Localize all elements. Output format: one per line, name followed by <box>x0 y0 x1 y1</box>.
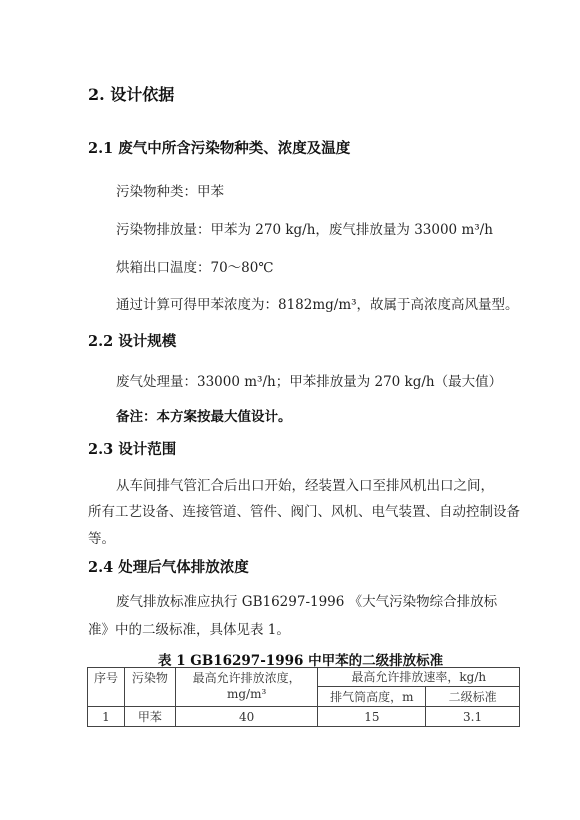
scope-line-1: 从车间排气管汇合后出口开始，经装置入口至排风机出口之间， <box>116 474 494 494</box>
design-note: 备注：本方案按最大值设计。 <box>116 405 292 425</box>
section-title: 2. 设计依据 <box>88 82 174 105</box>
subsection-title-2-4: 2.4 处理后气体排放浓度 <box>88 556 249 577</box>
cell-no: 1 <box>88 707 125 727</box>
cell-max-concentration: 40 <box>175 707 318 727</box>
standard-line-2: 准》中的二级标准，具体见表 1。 <box>88 618 290 638</box>
scope-line-2: 所有工艺设备、连接管道、管件、阀门、风机、电气装置、自动控制设备 <box>88 500 520 520</box>
header-no: 序号 <box>88 668 125 707</box>
header-max-concentration-label: 最高允许排放浓度， <box>176 670 318 686</box>
temperature-text: 烘箱出口温度：70～80℃ <box>116 256 273 276</box>
capacity-text: 废气处理量：33000 m³/h；甲苯排放量为 270 kg/h（最大值） <box>116 370 502 390</box>
header-max-concentration-unit: mg/m³ <box>176 686 318 702</box>
pollutant-type-text: 污染物种类：甲苯 <box>116 180 224 200</box>
concentration-text: 通过计算可得甲苯浓度为：8182mg/m³，故属于高浓度高风量型。 <box>116 293 519 313</box>
subsection-title-2-1: 2.1 废气中所含污染物种类、浓度及温度 <box>88 137 350 158</box>
emission-standard-table: 序号 污染物 最高允许排放浓度， mg/m³ 最高允许排放速率，kg/h 排气筒… <box>87 667 520 727</box>
cell-stack-height: 15 <box>318 707 426 727</box>
table-row: 1 甲苯 40 15 3.1 <box>88 707 520 727</box>
header-stack-height: 排气筒高度，m <box>318 687 426 707</box>
scope-line-3: 等。 <box>88 527 115 547</box>
cell-pollutant: 甲苯 <box>124 707 175 727</box>
subsection-title-2-2: 2.2 设计规模 <box>88 330 176 351</box>
subsection-title-2-3: 2.3 设计范围 <box>88 438 176 459</box>
header-max-concentration: 最高允许排放浓度， mg/m³ <box>175 668 318 707</box>
table-header-row: 序号 污染物 最高允许排放浓度， mg/m³ 最高允许排放速率，kg/h <box>88 668 520 687</box>
header-max-rate: 最高允许排放速率，kg/h <box>318 668 520 687</box>
header-pollutant: 污染物 <box>124 668 175 707</box>
header-grade2: 二级标准 <box>426 687 520 707</box>
standard-line-1: 废气排放标准应执行 GB16297-1996 《大气污染物综合排放标 <box>116 590 497 610</box>
emission-text: 污染物排放量：甲苯为 270 kg/h，废气排放量为 33000 m³/h <box>116 218 493 238</box>
cell-grade2: 3.1 <box>426 707 520 727</box>
table-caption: 表 1 GB16297-1996 中甲苯的二级排放标准 <box>158 649 443 669</box>
